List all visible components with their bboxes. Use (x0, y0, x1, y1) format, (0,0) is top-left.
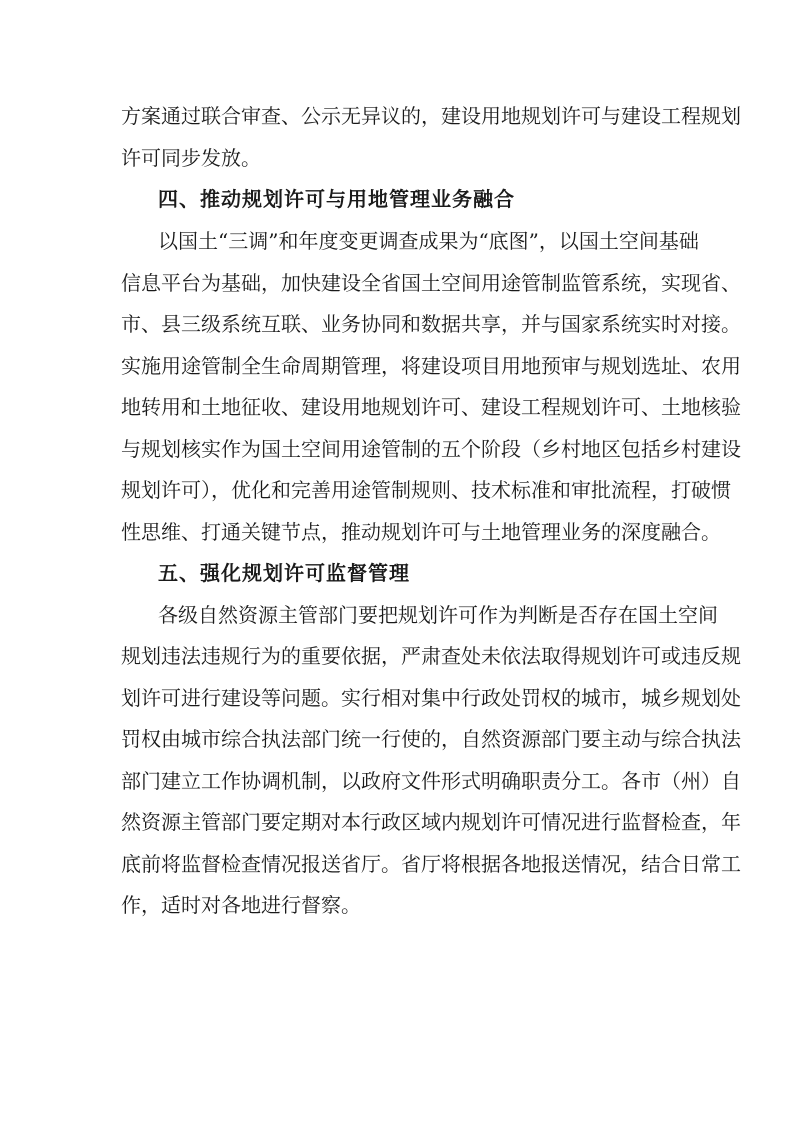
paragraph-line: 地转用和土地征收、建设用地规划许可、建设工程规划许可、土地核验 (121, 395, 679, 419)
paragraph-line: 划许可进行建设等问题。实行相对集中行政处罚权的城市，城乡规划处 (121, 686, 679, 710)
paragraph-line: 信息平台为基础，加快建设全省国土空间用途管制监管系统，实现省、 (121, 271, 679, 295)
paragraph-line: 然资源主管部门要定期对本行政区域内规划许可情况进行监督检查，年 (121, 810, 679, 834)
paragraph-line: 作，适时对各地进行督察。 (121, 893, 679, 917)
paragraph-line: 以国土“三调”和年度变更调查成果为“底图”，以国土空间基础 (158, 229, 679, 253)
paragraph-line: 规划许可），优化和完善用途管制规则、技术标准和审批流程，打破惯 (121, 478, 679, 502)
paragraph-line: 规划违法违规行为的重要依据，严肃查处未依法取得规划许可或违反规 (121, 644, 679, 668)
paragraph-line: 各级自然资源主管部门要把规划许可作为判断是否存在国土空间 (158, 603, 679, 627)
paragraph-line: 方案通过联合审查、公示无异议的，建设用地规划许可与建设工程规划 (121, 104, 679, 128)
section-heading-4: 四、推动规划许可与用地管理业务融合 (158, 187, 679, 211)
paragraph-line: 许可同步发放。 (121, 146, 679, 170)
paragraph-line: 罚权由城市综合执法部门统一行使的，自然资源部门要主动与综合执法 (121, 727, 679, 751)
paragraph-line: 部门建立工作协调机制，以政府文件形式明确职责分工。各市（州）自 (121, 769, 679, 793)
document-page: 方案通过联合审查、公示无异议的，建设用地规划许可与建设工程规划 许可同步发放。 … (0, 0, 800, 1132)
section-heading-5: 五、强化规划许可监督管理 (158, 561, 679, 585)
paragraph-line: 底前将监督检查情况报送省厅。省厅将根据各地报送情况，结合日常工 (121, 852, 679, 876)
paragraph-line: 与规划核实作为国土空间用途管制的五个阶段（乡村地区包括乡村建设 (121, 437, 679, 461)
paragraph-line: 性思维、打通关键节点，推动规划许可与土地管理业务的深度融合。 (121, 520, 679, 544)
paragraph-line: 实施用途管制全生命周期管理，将建设项目用地预审与规划选址、农用 (121, 354, 679, 378)
paragraph-line: 市、县三级系统互联、业务协同和数据共享，并与国家系统实时对接。 (121, 312, 679, 336)
